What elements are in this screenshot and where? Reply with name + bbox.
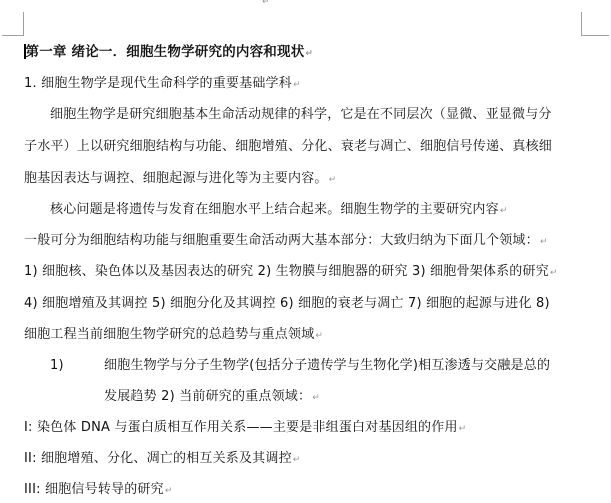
paragraph-mark-icon: ↵ [262, 0, 270, 7]
body-text-line: 核心问题是将遗传与发育在细胞水平上结合起来。细胞生物学的主要研究内容↵ [24, 201, 508, 220]
paragraph-mark-icon: ↵ [312, 393, 320, 403]
body-text-line: 细胞生物学是研究细胞基本生命活动规律的科学，它是在不同层次（显微、亚显微与分 [24, 106, 552, 124]
numbered-list-item: 1)细胞生物学与分子生物学(包括分子遗传学与生物化学)相互渗透与交融是总的 [24, 357, 550, 375]
paragraph-mark-icon: ↵ [459, 424, 467, 434]
paragraph-mark-icon: ↵ [305, 49, 313, 59]
focus-area-item: I: 染色体 DNA 与蛋白质相互作用关系——主要是非组蛋白对基因组的作用↵ [24, 419, 466, 438]
focus-area-item: II: 细胞增殖、分化、凋亡的相互关系及其调控↵ [24, 450, 301, 469]
focus-area-item: III: 细胞信号转导的研究↵ [24, 481, 173, 500]
paragraph-mark-icon: ↵ [165, 486, 173, 496]
section-title: 1. 细胞生物学是现代生命科学的重要基础学科↵ [24, 75, 301, 94]
body-text-line: 4) 细胞增殖及其调控 5) 细胞分化及其调控 6) 细胞的衰老与凋亡 7) 细… [24, 295, 550, 313]
body-text-line: 1) 细胞核、染色体以及基因表达的研究 2) 生物膜与细胞器的研究 3) 细胞骨… [24, 263, 558, 282]
body-text-line: 子水平）上以研究细胞结构与功能、细胞增殖、分化、衰老与凋亡、细胞信号传递、真核细 [24, 138, 552, 156]
paragraph-mark-icon: ↵ [293, 455, 301, 465]
body-text-line: 一般可分为细胞结构功能与细胞重要生命活动两大基本部分：大致归纳为下面几个领域：↵ [24, 232, 548, 251]
paragraph-mark-icon: ↵ [315, 331, 323, 341]
paragraph-mark-icon: ↵ [329, 175, 337, 185]
margin-corner-mark-right [581, 12, 609, 36]
list-number: 1) [24, 357, 104, 375]
body-text-line: 细胞工程当前细胞生物学研究的总趋势与重点领域↵ [24, 326, 323, 345]
paragraph-mark-icon: ↵ [500, 206, 508, 216]
paragraph-mark-icon: ↵ [540, 237, 548, 247]
paragraph-mark-icon: ↵ [293, 80, 301, 90]
numbered-list-item-continuation: 发展趋势 2) 当前研究的重点领域：↵ [104, 388, 320, 407]
paragraph-mark-icon: ↵ [550, 268, 558, 278]
chapter-heading: 第一章 绪论一．细胞生物学研究的内容和现状↵ [24, 43, 313, 63]
margin-corner-mark-left [2, 12, 24, 36]
body-text-line: 胞基因表达与调控、细胞起源与进化等为主要内容。↵ [24, 170, 336, 189]
